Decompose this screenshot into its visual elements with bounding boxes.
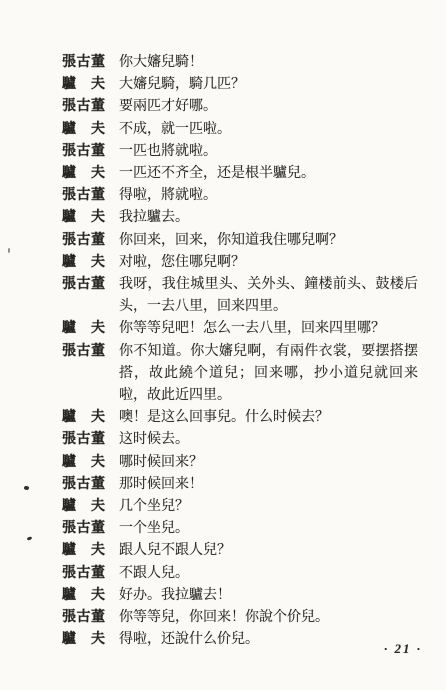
speaker-name: 驢 夫 [62, 540, 106, 562]
speaker-name: 張古董 [62, 607, 106, 629]
dialogue-line: 張古董那时候回来！ [62, 474, 420, 496]
dialogue-line: 張古董你不知道。你大嬸兒啊，有兩件衣裳，要摆搭摆搭，故此繞个道兒；回来哪，抄小道… [62, 341, 420, 408]
dialogue-list: 張古董你大嬸兒騎！驢 夫大嬸兒騎，騎几匹？張古董要兩匹才好哪。驢 夫不成，就一匹… [62, 52, 420, 651]
dialogue-text: 得啦，將就啦。 [119, 185, 418, 207]
dialogue-text: 那时候回来！ [119, 474, 418, 496]
speaker-name: 張古董 [62, 96, 106, 118]
speaker-name: 驢 夫 [62, 207, 106, 229]
dialogue-text: 你不知道。你大嬸兒啊，有兩件衣裳，要摆搭摆搭，故此繞个道兒；回来哪，抄小道兒就回… [119, 341, 418, 408]
page-number: · 21 · [384, 641, 422, 657]
speaker-name: 驢 夫 [62, 629, 106, 651]
ink-speck [27, 536, 33, 540]
dialogue-line: 張古董一匹也將就啦。 [62, 141, 420, 163]
script-page: 張古董你大嬸兒騎！驢 夫大嬸兒騎，騎几匹？張古董要兩匹才好哪。驢 夫不成，就一匹… [0, 0, 446, 690]
dialogue-line: 張古董你大嬸兒騎！ [62, 52, 420, 74]
dialogue-text: 好办。我拉驢去！ [119, 585, 418, 607]
dialogue-text: 我呀，我住城里头、关外头、鐘楼前头、鼓楼后头，一去八里，回来四里。 [119, 274, 418, 318]
speaker-name: 驢 夫 [62, 585, 106, 607]
dialogue-line: 張古董我呀，我住城里头、关外头、鐘楼前头、鼓楼后头，一去八里，回来四里。 [62, 274, 420, 318]
speaker-name: 張古董 [62, 518, 106, 540]
dialogue-text: 跟人兒不跟人兒？ [119, 540, 418, 562]
dialogue-text: 你等等兒吧！怎么一去八里，回来四里哪？ [119, 318, 418, 340]
speaker-name: 張古董 [62, 563, 106, 585]
dialogue-line: 驢 夫噢！是这么回事兒。什么时候去？ [62, 407, 420, 429]
speaker-name: 驢 夫 [62, 407, 106, 429]
speaker-name: 張古董 [62, 474, 106, 496]
dialogue-text: 你等等兒，你回来！你說个价兒。 [119, 607, 418, 629]
speaker-name: 驢 夫 [62, 452, 106, 474]
dialogue-line: 驢 夫好办。我拉驢去！ [62, 585, 420, 607]
dialogue-text: 噢！是这么回事兒。什么时候去？ [119, 407, 418, 429]
dialogue-line: 驢 夫大嬸兒騎，騎几匹？ [62, 74, 420, 96]
dialogue-line: 驢 夫对啦，您住哪兒啊？ [62, 252, 420, 274]
speaker-name: 驢 夫 [62, 119, 106, 141]
speaker-name: 驢 夫 [62, 252, 106, 274]
dialogue-text: 几个坐兒？ [119, 496, 418, 518]
dialogue-text: 你大嬸兒騎！ [119, 52, 418, 74]
dialogue-text: 哪时候回来？ [119, 452, 418, 474]
ink-speck [23, 485, 29, 490]
speaker-name: 驢 夫 [62, 74, 106, 96]
dialogue-line: 張古董要兩匹才好哪。 [62, 96, 420, 118]
dialogue-line: 驢 夫几个坐兒？ [62, 496, 420, 518]
speaker-name: 張古董 [62, 230, 106, 252]
dialogue-line: 張古董这时候去。 [62, 429, 420, 451]
dialogue-text: 不成，就一匹啦。 [119, 119, 418, 141]
ink-speck [8, 248, 10, 253]
dialogue-text: 一个坐兒。 [119, 518, 418, 540]
dialogue-text: 得啦，还說什么价兒。 [119, 629, 418, 651]
dialogue-text: 一匹也將就啦。 [119, 141, 418, 163]
dialogue-line: 張古董你等等兒，你回来！你說个价兒。 [62, 607, 420, 629]
dialogue-text: 一匹还不齐全，还是根半驢兒。 [119, 163, 418, 185]
speaker-name: 驢 夫 [62, 318, 106, 340]
dialogue-line: 驢 夫不成，就一匹啦。 [62, 119, 420, 141]
dialogue-line: 驢 夫得啦，还說什么价兒。 [62, 629, 420, 651]
dialogue-line: 張古董得啦，將就啦。 [62, 185, 420, 207]
speaker-name: 張古董 [62, 429, 106, 451]
dialogue-line: 驢 夫你等等兒吧！怎么一去八里，回来四里哪？ [62, 318, 420, 340]
dialogue-text: 对啦，您住哪兒啊？ [119, 252, 418, 274]
dialogue-text: 你回来，回来，你知道我住哪兒啊？ [119, 230, 418, 252]
dialogue-line: 驢 夫跟人兒不跟人兒？ [62, 540, 420, 562]
dialogue-text: 这时候去。 [119, 429, 418, 451]
speaker-name: 張古董 [62, 52, 106, 74]
dialogue-line: 張古董一个坐兒。 [62, 518, 420, 540]
dialogue-line: 驢 夫一匹还不齐全，还是根半驢兒。 [62, 163, 420, 185]
speaker-name: 張古董 [62, 341, 106, 363]
dialogue-line: 張古董你回来，回来，你知道我住哪兒啊？ [62, 230, 420, 252]
speaker-name: 張古董 [62, 185, 106, 207]
dialogue-line: 張古董不跟人兒。 [62, 563, 420, 585]
speaker-name: 張古董 [62, 141, 106, 163]
speaker-name: 驢 夫 [62, 163, 106, 185]
speaker-name: 驢 夫 [62, 496, 106, 518]
dialogue-line: 驢 夫哪时候回来？ [62, 452, 420, 474]
dialogue-text: 大嬸兒騎，騎几匹？ [119, 74, 418, 96]
dialogue-text: 不跟人兒。 [119, 563, 418, 585]
speaker-name: 張古董 [62, 274, 106, 296]
dialogue-text: 要兩匹才好哪。 [119, 96, 418, 118]
dialogue-line: 驢 夫我拉驢去。 [62, 207, 420, 229]
dialogue-text: 我拉驢去。 [119, 207, 418, 229]
